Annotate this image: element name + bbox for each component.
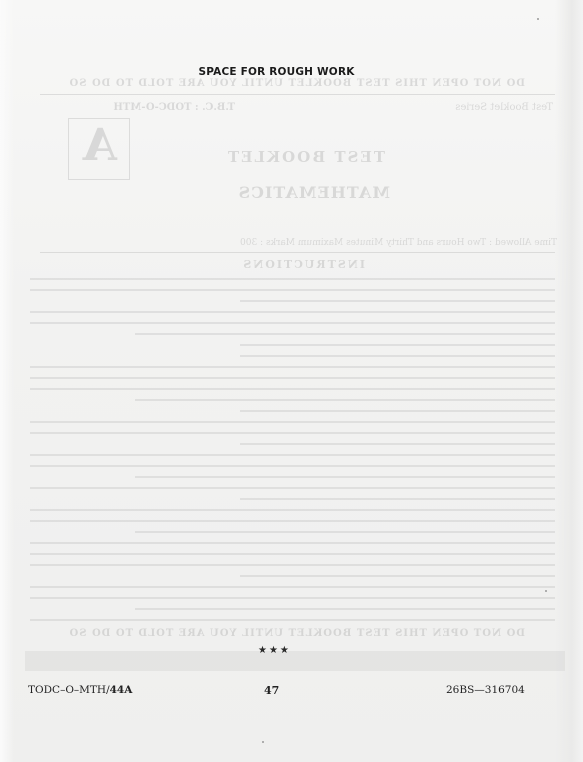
ghost-top-banner: DO NOT OPEN THIS TEST BOOKLET UNTIL YOU … (55, 78, 525, 89)
page-heading: SPACE FOR ROUGH WORK (0, 66, 553, 78)
ghost-series-letter: A (83, 120, 117, 171)
ghost-bottom-banner: DO NOT OPEN THIS TEST BOOKLET UNTIL YOU … (69, 628, 525, 639)
footer-serial: 26BS—316704 (446, 684, 525, 696)
ghost-subject: MATHEMATICS (238, 183, 390, 202)
page-shadow-right (555, 0, 583, 762)
ghost-bottom-band (25, 651, 565, 671)
bleed-through-content: DO NOT OPEN THIS TEST BOOKLET UNTIL YOU … (20, 78, 565, 678)
footer-code-prefix: TODC–O–MTH/ (28, 684, 110, 696)
ghost-instruction-lines (30, 278, 555, 630)
ghost-instructions-heading: INSTRUCTIONS (241, 258, 365, 271)
ghost-rule (40, 94, 555, 95)
scan-speck (537, 18, 539, 20)
footer-booklet-code: TODC–O–MTH/44A (28, 684, 132, 696)
page-shadow-left (0, 0, 14, 762)
footer-code-suffix: 44A (110, 684, 133, 696)
ghost-serial-label: Test Booklet Series (455, 102, 553, 113)
ghost-booklet-code: T.B.C. : TODC-O-MTH (113, 102, 235, 113)
ghost-time-line: Time Allowed : Two Hours and Thirty Minu… (37, 238, 557, 248)
scan-speck (545, 590, 547, 592)
footer-page-number: 47 (264, 684, 279, 697)
ghost-title: TEST BOOKLET (226, 148, 385, 166)
ghost-rule (40, 252, 555, 253)
ghost-series-box (68, 118, 130, 180)
document-page: DO NOT OPEN THIS TEST BOOKLET UNTIL YOU … (0, 0, 583, 762)
separator-stars: ★★★ (258, 645, 291, 656)
scan-speck (262, 741, 264, 743)
